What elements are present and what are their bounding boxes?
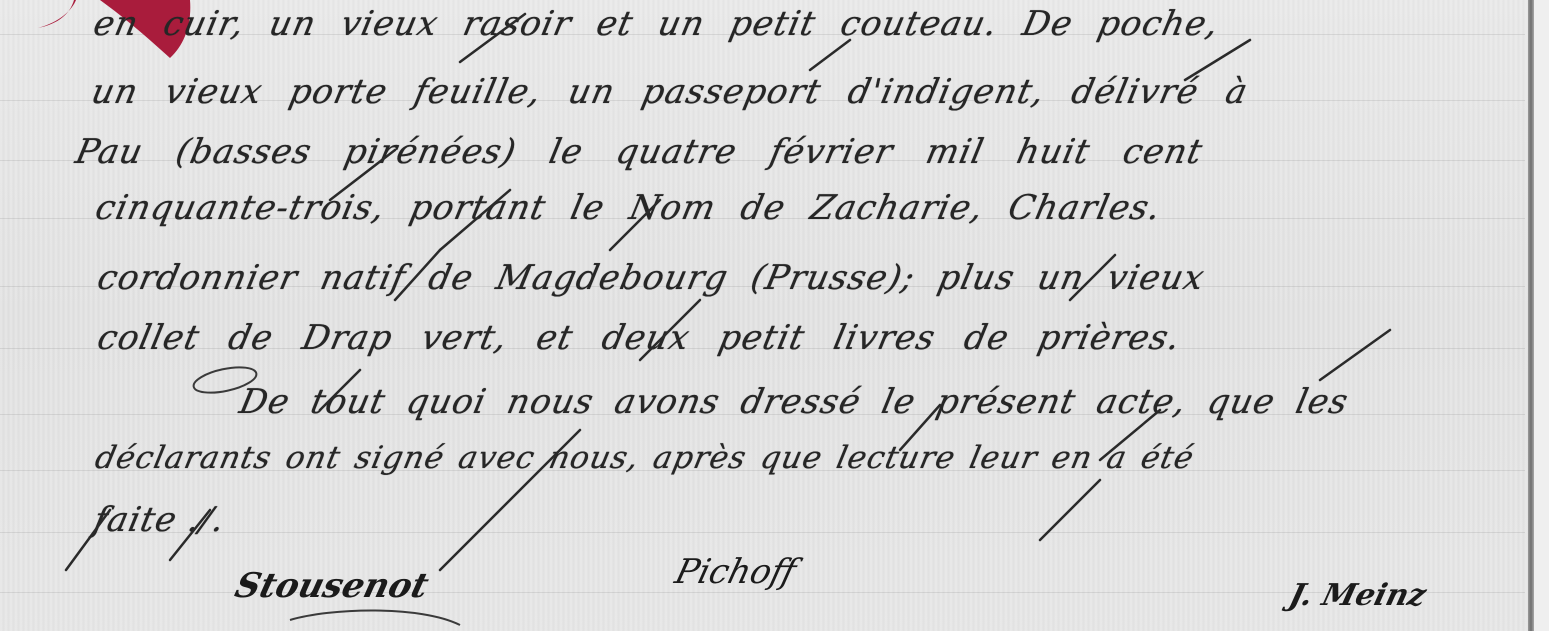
ruled-line	[0, 532, 1525, 533]
manuscript-line-2: un vieux porte feuille, un passeport d'i…	[88, 72, 1252, 112]
manuscript-line-4: cinquante-trois, portant le Nom de Zacha…	[92, 188, 1165, 228]
manuscript-line-6: collet de Drap vert, et deux petit livre…	[94, 318, 1184, 358]
manuscript-line-1: en cuir, un vieux rasoir et un petit cou…	[90, 4, 1223, 44]
manuscript-page: en cuir, un vieux rasoir et un petit cou…	[0, 0, 1549, 631]
manuscript-line-5: cordonnier natif de Magdebourg (Prusse);…	[94, 258, 1208, 298]
signature-pichoff: Pichoff	[671, 552, 800, 592]
signature-stousenot: Stousenot	[231, 566, 433, 606]
manuscript-line-9: faite ./.	[90, 500, 229, 540]
manuscript-line-7: De tout quoi nous avons dressé le présen…	[236, 382, 1352, 422]
manuscript-line-3: Pau (basses pirénées) le quatre février …	[72, 132, 1207, 172]
page-edge	[1534, 0, 1549, 631]
manuscript-line-8: déclarants ont signé avec nous, après qu…	[92, 440, 1198, 476]
signature-meinz: J. Meinz	[1286, 578, 1430, 613]
